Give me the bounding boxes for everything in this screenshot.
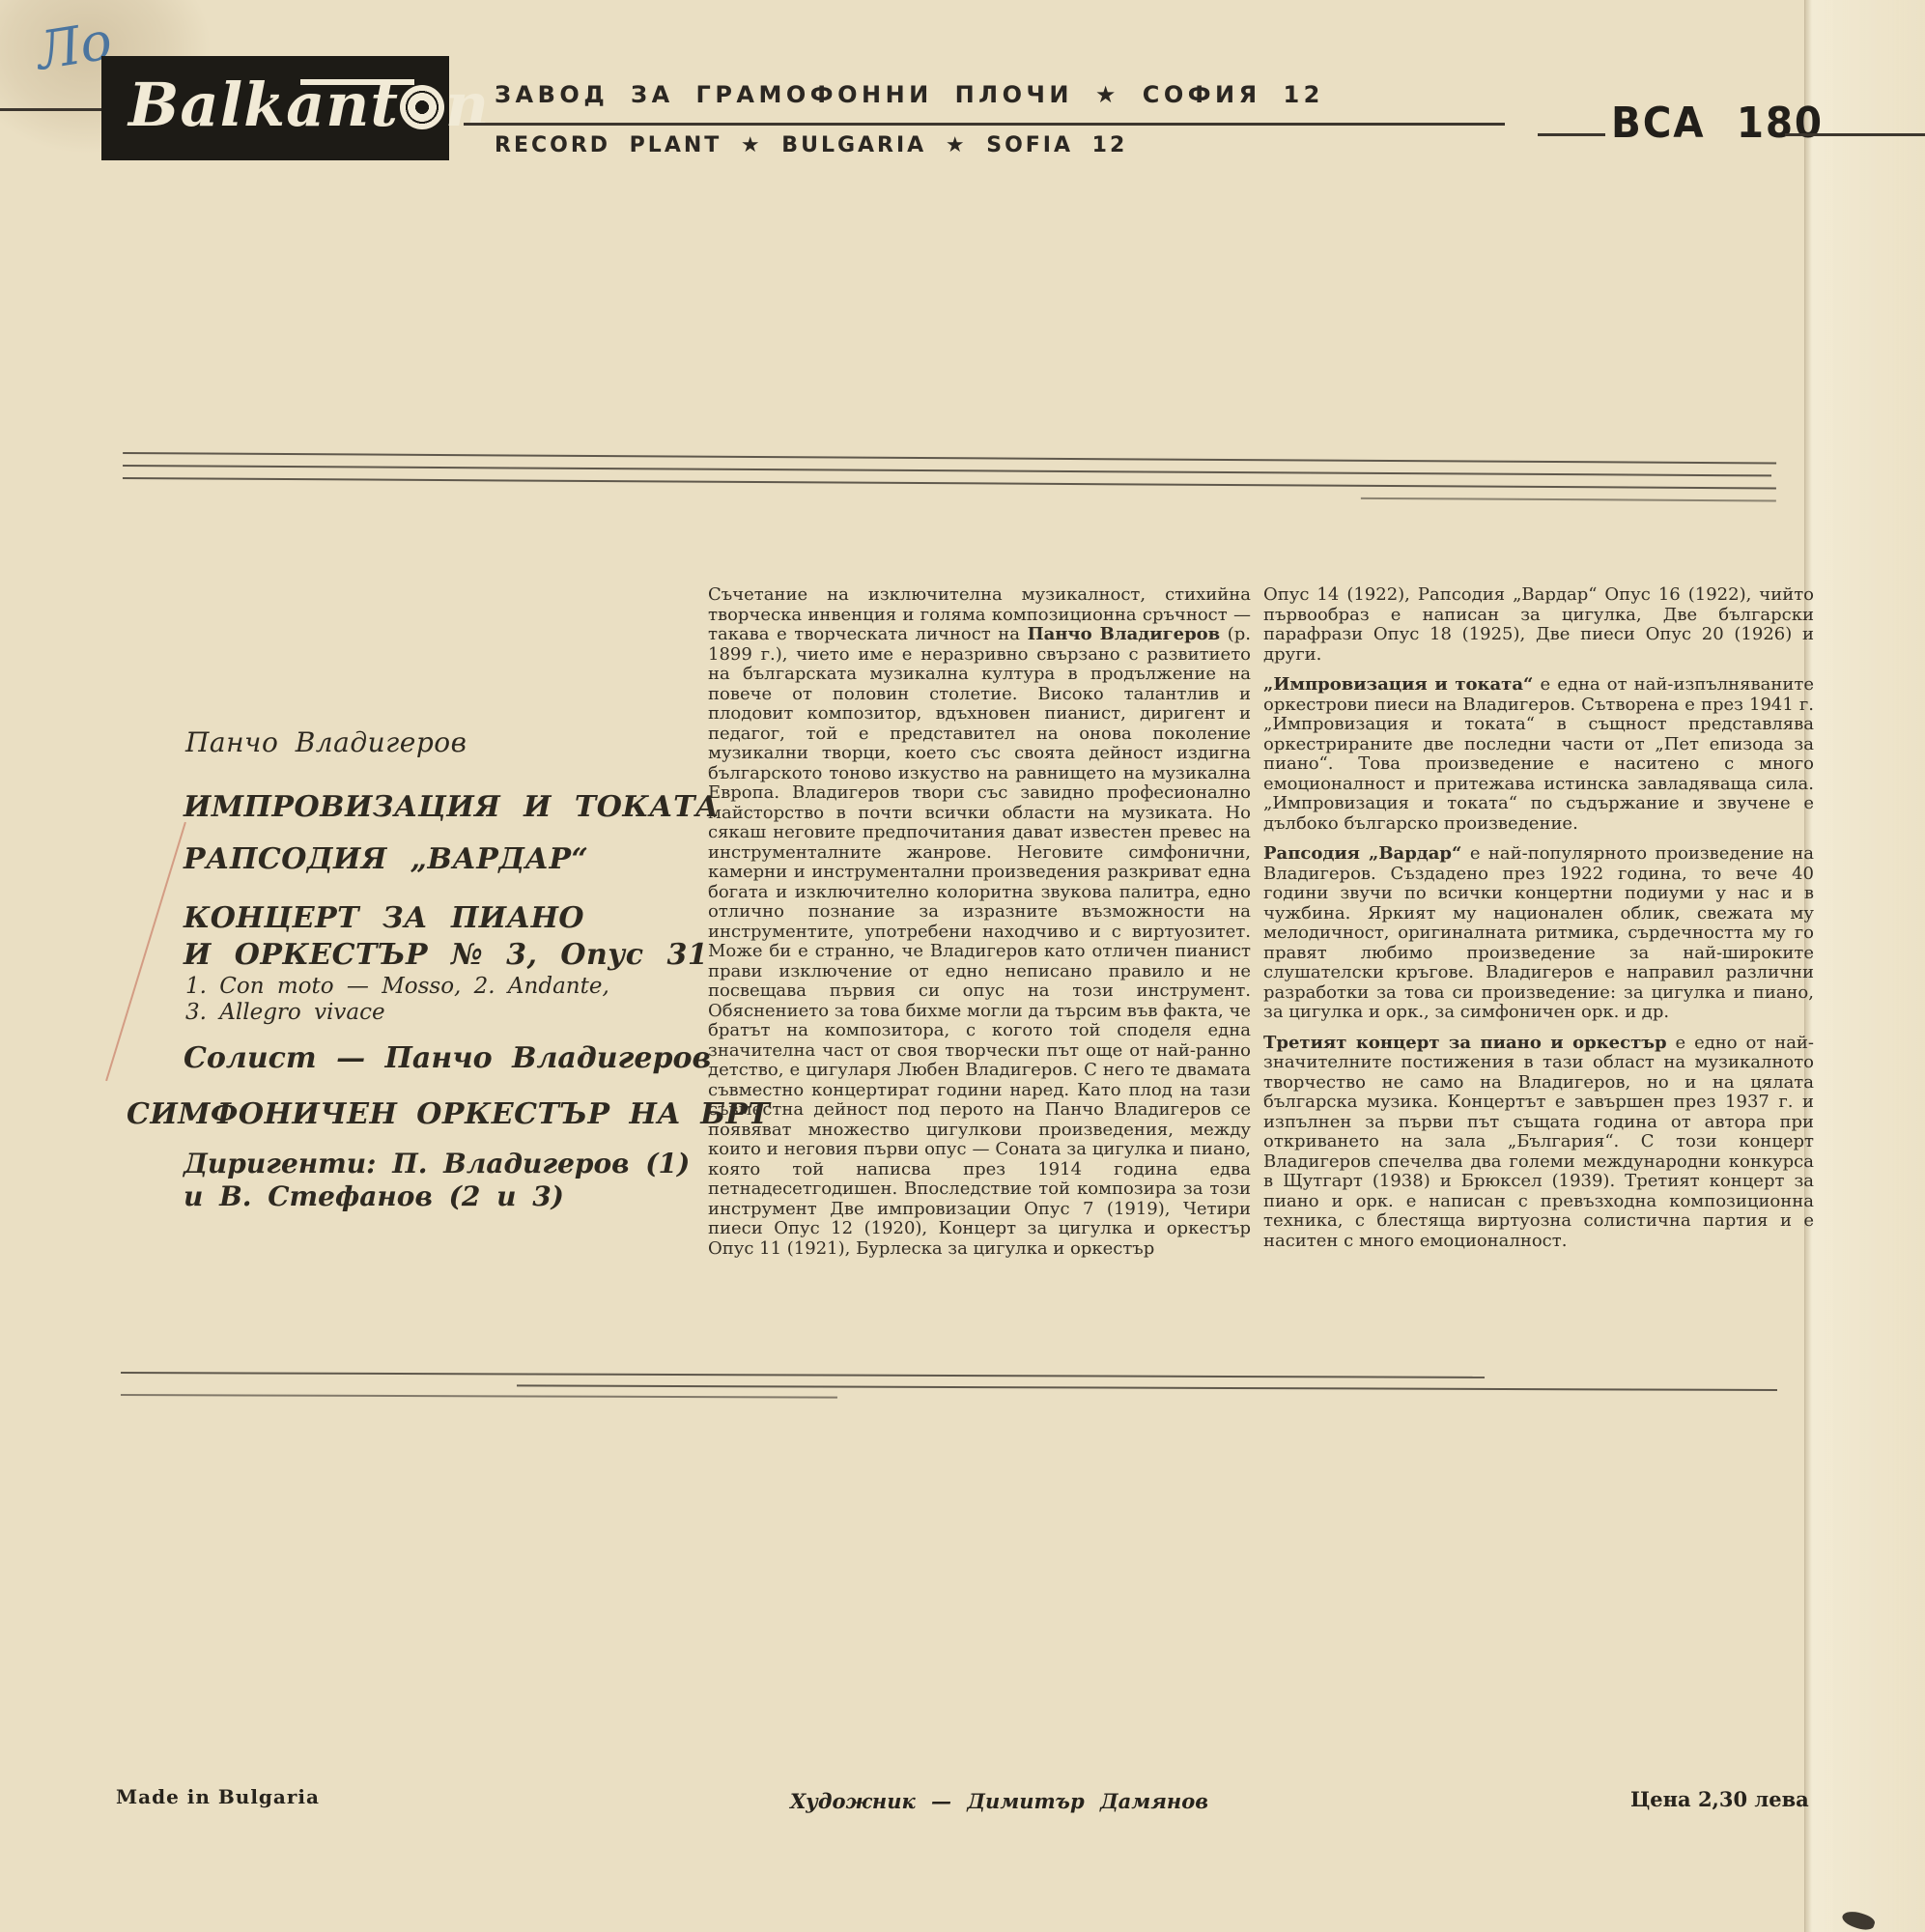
movements-line2: 3. Allegro vivace [185, 1000, 609, 1026]
third-concerto-paragraph: Третият концерт за пиано и оркестър е ед… [1263, 1034, 1814, 1252]
work-title-rhapsody-vardar: РАПСОДИЯ „ВАРДАР“ [184, 842, 588, 876]
work-title-line1: КОНЦЕРТ ЗА ПИАНО [184, 900, 708, 937]
paragraph-lead-bold: Рапсодия „Вардар“ [1263, 843, 1461, 864]
soloist-credit: Солист — Панчо Владигеров [184, 1041, 711, 1075]
conductors-line2: и В. Стефанов (2 и 3) [184, 1180, 690, 1213]
conductors-line1: Диригенти: П. Владигеров (1) [184, 1148, 690, 1180]
work-title-piano-concerto: КОНЦЕРТ ЗА ПИАНО И ОРКЕСТЪР № 3, Опус 31 [184, 900, 708, 974]
price-label: Цена 2,30 лева [1630, 1787, 1809, 1811]
catalog-rule-left [1538, 133, 1605, 136]
header-rule-left-stub [0, 108, 101, 111]
divider-line [517, 1384, 1777, 1391]
divider-line [121, 1372, 1485, 1378]
paragraph-lead-bold: Третият концерт за пиано и оркестър [1263, 1033, 1667, 1053]
conductors-credit: Диригенти: П. Владигеров (1) и В. Стефан… [184, 1148, 690, 1213]
rhapsody-vardar-paragraph: Рапсодия „Вардар“ е най-популярното прои… [1263, 844, 1814, 1023]
bio-composer-bold: Панчо Владигеров [1028, 624, 1221, 644]
paragraph-text: е една от най-изпълняваните оркестрови п… [1263, 674, 1814, 834]
works-list-paragraph: Опус 14 (1922), Рапсодия „Вардар“ Опус 1… [1263, 585, 1814, 665]
paragraph-text: е едно от най-значителните постижения в … [1263, 1033, 1814, 1251]
paragraph-lead-bold: „Импровизация и токата“ [1263, 674, 1533, 695]
paragraph-text: е най-популярното произведение на Владиг… [1263, 843, 1814, 1022]
bio-text-2: (р. 1899 г.), чието име е неразривно свъ… [708, 624, 1251, 1259]
record-sleeve-back: Ло Balkantn ЗАВОД ЗА ГРАМОФОННИ ПЛОЧИ ★ … [0, 0, 1925, 1932]
work-title-improvisation-toccata: ИМПРОВИЗАЦИЯ И ТОКАТА [184, 790, 720, 824]
divider-line [123, 477, 1776, 489]
artist-credit: Художник — Димитър Дамянов [790, 1789, 1208, 1813]
divider-line [1361, 497, 1776, 502]
work-title-line2: И ОРКЕСТЪР № 3, Опус 31 [184, 937, 708, 974]
liner-notes-column-2: Опус 14 (1922), Рапсодия „Вардар“ Опус 1… [1263, 585, 1814, 1262]
record-disc-icon [400, 85, 444, 129]
liner-notes-column-1: Съчетание на изключителна музикалност, с… [708, 585, 1251, 1269]
header-rule-middle [464, 123, 1505, 126]
movements-line1: 1. Con moto — Mosso, 2. Andante, [185, 974, 609, 1000]
catalog-number: BCA 180 [1611, 99, 1824, 148]
divider-line [123, 465, 1771, 476]
logo-text-right: n [445, 70, 490, 140]
paper-fold-edge [1804, 0, 1925, 1932]
divider-line [123, 452, 1776, 464]
catalog-rule-right [1785, 133, 1925, 136]
logo-t-crossbar [300, 79, 414, 85]
red-crease-mark [105, 822, 186, 1081]
biography-paragraph: Съчетание на изключителна музикалност, с… [708, 585, 1251, 1259]
movements-list: 1. Con moto — Mosso, 2. Andante, 3. Alle… [185, 974, 609, 1026]
balkanton-logo: Balkantn [101, 56, 449, 160]
made-in-label: Made in Bulgaria [116, 1785, 320, 1808]
divider-line [121, 1394, 837, 1399]
plant-name-english: RECORD PLANT ★ BULGARIA ★ SOFIA 12 [495, 133, 1127, 157]
composer-name: Панчо Владигеров [185, 726, 467, 758]
improvisation-toccata-paragraph: „Импровизация и токата“ е една от най-из… [1263, 675, 1814, 834]
plant-name-cyrillic: ЗАВОД ЗА ГРАМОФОННИ ПЛОЧИ ★ СОФИЯ 12 [495, 81, 1324, 108]
orchestra-credit: СИМФОНИЧЕН ОРКЕСТЪР НА БРТ [127, 1097, 770, 1131]
